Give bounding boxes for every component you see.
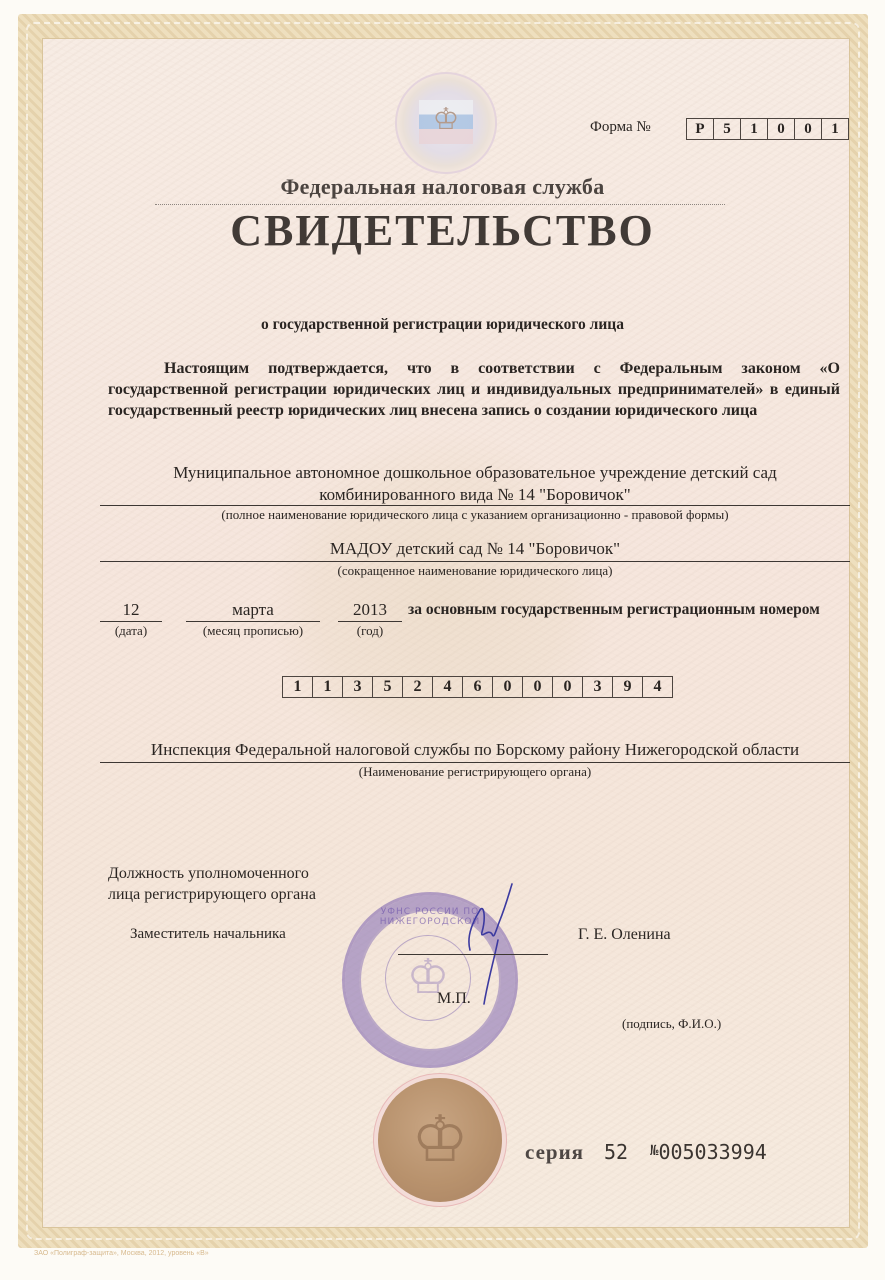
series-value: 52 bbox=[604, 1140, 628, 1164]
series-label: серия bbox=[525, 1140, 584, 1165]
ogrn-digit: 5 bbox=[372, 677, 402, 697]
ogrn-digit: 3 bbox=[582, 677, 612, 697]
agency-name: Федеральная налоговая служба bbox=[0, 174, 885, 200]
form-code-digit: 0 bbox=[794, 119, 821, 139]
embossed-seal: ♔ bbox=[378, 1078, 502, 1202]
ogrn-digit: 2 bbox=[402, 677, 432, 697]
ogrn-digit: 9 bbox=[612, 677, 642, 697]
short-name-underline bbox=[100, 561, 850, 562]
position-label-line1: Должность уполномоченного bbox=[108, 863, 316, 884]
entity-full-name-line1: Муниципальное автономное дошкольное обра… bbox=[100, 462, 850, 484]
official-position: Заместитель начальника bbox=[130, 926, 286, 943]
month-underline bbox=[186, 621, 320, 622]
day-caption: (дата) bbox=[100, 623, 162, 639]
registration-month: марта bbox=[186, 600, 320, 620]
month-caption: (месяц прописью) bbox=[186, 623, 320, 639]
year-caption: (год) bbox=[338, 623, 402, 639]
entity-full-name-line2: комбинированного вида № 14 "Боровичок" bbox=[100, 484, 850, 506]
full-name-underline bbox=[100, 505, 850, 506]
stamp-place-label: М.П. bbox=[437, 990, 471, 1008]
entity-short-name: МАДОУ детский сад № 14 "Боровичок" bbox=[100, 539, 850, 559]
certification-paragraph: Настоящим подтверждается, что в соответс… bbox=[108, 358, 840, 421]
registration-day: 12 bbox=[100, 600, 162, 620]
ogrn-digit: 0 bbox=[492, 677, 522, 697]
position-label-line2: лица регистрирующего органа bbox=[108, 884, 316, 905]
form-code-boxes: Р51001 bbox=[686, 118, 849, 140]
full-name-caption: (полное наименование юридического лица с… bbox=[100, 507, 850, 523]
form-code-digit: Р bbox=[687, 119, 713, 139]
double-headed-eagle-icon: ♔ bbox=[431, 100, 461, 140]
form-code-digit: 5 bbox=[713, 119, 740, 139]
short-name-caption: (сокращенное наименование юридического л… bbox=[100, 563, 850, 579]
ogrn-digit: 1 bbox=[283, 677, 312, 697]
registering-authority: Инспекция Федеральной налоговой службы п… bbox=[100, 740, 850, 760]
form-code-digit: 1 bbox=[740, 119, 767, 139]
official-position-label: Должность уполномоченного лица регистрир… bbox=[108, 863, 316, 905]
signatory-name: Г. Е. Оленина bbox=[578, 926, 671, 944]
signature-caption: (подпись, Ф.И.О.) bbox=[622, 1016, 721, 1032]
blank-number: №005033994 bbox=[650, 1140, 767, 1164]
document-title: СВИДЕТЕЛЬСТВО bbox=[0, 205, 885, 256]
hologram-emblem-icon: ♔ bbox=[395, 72, 497, 174]
signature-line bbox=[398, 954, 548, 955]
ogrn-digit: 3 bbox=[342, 677, 372, 697]
form-number-label: Форма № bbox=[590, 119, 651, 136]
printer-note: ЗАО «Полиграф-защита», Москва, 2012, уро… bbox=[34, 1250, 209, 1257]
year-underline bbox=[338, 621, 402, 622]
ogrn-digit: 0 bbox=[522, 677, 552, 697]
form-code-digit: 1 bbox=[821, 119, 848, 139]
ogrn-number-boxes: 1135246000394 bbox=[282, 676, 673, 698]
authority-underline bbox=[100, 762, 850, 763]
ogrn-label: за основным государственным регистрацион… bbox=[408, 601, 820, 619]
ogrn-digit: 1 bbox=[312, 677, 342, 697]
document-subtitle: о государственной регистрации юридическо… bbox=[0, 316, 885, 334]
ogrn-digit: 0 bbox=[552, 677, 582, 697]
registration-year: 2013 bbox=[338, 600, 402, 620]
authority-caption: (Наименование регистрирующего органа) bbox=[100, 764, 850, 780]
ogrn-digit: 4 bbox=[642, 677, 672, 697]
ogrn-digit: 6 bbox=[462, 677, 492, 697]
double-headed-eagle-icon: ♔ bbox=[378, 1078, 502, 1202]
day-underline bbox=[100, 621, 162, 622]
form-code-digit: 0 bbox=[767, 119, 794, 139]
blank-number-value: 005033994 bbox=[658, 1140, 766, 1164]
ogrn-digit: 4 bbox=[432, 677, 462, 697]
entity-full-name: Муниципальное автономное дошкольное обра… bbox=[100, 462, 850, 506]
